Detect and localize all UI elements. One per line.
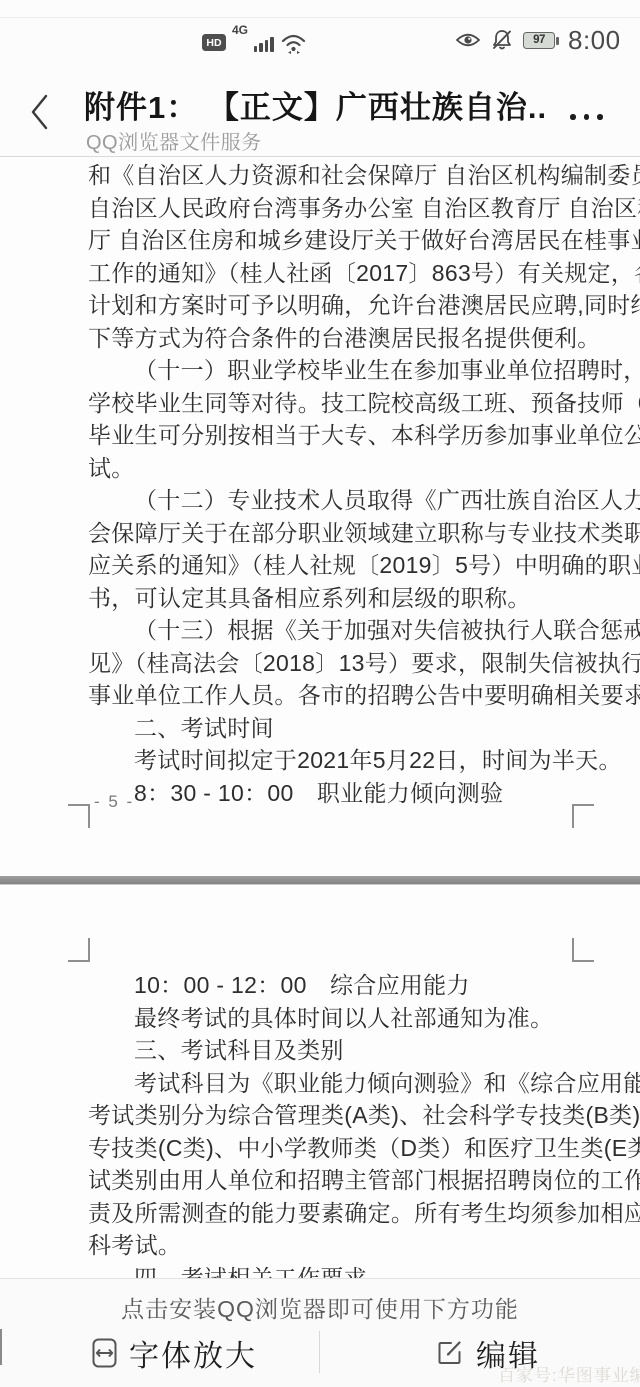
top-edge-line bbox=[0, 17, 640, 18]
edit-pencil-icon bbox=[436, 1339, 464, 1367]
document-line: 厅 自治区住房和城乡建设厅关于做好台湾居民在桂事业单位就业 bbox=[88, 227, 598, 253]
watermark-text: 百家号:华图事业编 bbox=[498, 1361, 640, 1386]
crop-mark bbox=[68, 960, 90, 962]
document-line: 自治区人民政府台湾事务办公室 自治区教育厅 自治区科学技术 bbox=[88, 195, 598, 221]
document-line: 和《自治区人力资源和社会保障厅 自治区机构编制委员会办公室 bbox=[88, 162, 598, 188]
eye-comfort-icon bbox=[455, 31, 481, 49]
network-type-label: 4G bbox=[232, 23, 248, 37]
crop-mark bbox=[68, 804, 90, 806]
document-line: 试。 bbox=[88, 455, 598, 481]
battery-icon: 97 bbox=[523, 32, 555, 49]
font-zoom-label: 字体放大 bbox=[129, 1331, 257, 1375]
document-line: 见》（桂高法会〔2018〕13号）要求，限制失信被执行人招聘为 bbox=[88, 650, 598, 676]
document-line: （十三）根据《关于加强对失信被执行人联合惩戒的实施意 bbox=[88, 617, 598, 643]
document-line: 工作的通知》（桂人社函〔2017〕863号）有关规定，各市制定 bbox=[88, 260, 598, 286]
more-dots-icon[interactable] bbox=[570, 114, 603, 120]
file-service-subtitle: QQ浏览器文件服务 bbox=[86, 126, 262, 155]
back-chevron-icon[interactable] bbox=[28, 92, 52, 132]
document-line: 学校毕业生同等对待。技工院校高级工班、预备技师（技师）班 bbox=[88, 390, 598, 416]
document-line: 二、考试时间 bbox=[88, 715, 598, 741]
status-right-cluster: 97 8:00 bbox=[455, 24, 621, 56]
wifi-icon bbox=[280, 32, 307, 54]
crop-mark bbox=[572, 938, 574, 962]
document-line: 考试时间拟定于2021年5月22日，时间为半天。 bbox=[88, 747, 598, 773]
file-title: 附件1： 【正文】广西壮族自治... bbox=[84, 82, 544, 127]
crop-mark bbox=[572, 804, 594, 806]
document-line: 10：00 - 12：00 综合应用能力 bbox=[88, 972, 598, 998]
battery-percent: 97 bbox=[533, 34, 545, 46]
document-line: 责及所需测查的能力要素确定。所有考生均须参加相应类别的两 bbox=[88, 1200, 598, 1226]
document-line: 毕业生可分别按相当于大专、本科学历参加事业单位公开招聘考 bbox=[88, 422, 598, 448]
document-line: 计划和方案时可予以明确，允许台港澳居民应聘,同时结合线上线 bbox=[88, 292, 598, 318]
document-line: 考试科目为《职业能力倾向测验》和《综合应用能力》两科, bbox=[88, 1070, 598, 1096]
document-line: 三、考试科目及类别 bbox=[88, 1037, 598, 1063]
font-size-icon bbox=[92, 1338, 117, 1368]
document-line: 科考试。 bbox=[88, 1232, 598, 1258]
crop-mark bbox=[572, 804, 574, 828]
install-browser-banner[interactable]: 点击安装QQ浏览器即可使用下方功能 bbox=[0, 1291, 640, 1324]
document-line: 书，可认定其具备相应系列和层级的职称。 bbox=[88, 585, 598, 611]
font-zoom-button[interactable]: 字体放大 bbox=[92, 1331, 257, 1375]
signal-bars-icon bbox=[254, 37, 274, 52]
crop-mark bbox=[88, 804, 90, 828]
document-line: 8：30 - 10：00 职业能力倾向测验 bbox=[88, 780, 598, 806]
document-line: 应关系的通知》（桂人社规〔2019〕5号）中明确的职业资格证 bbox=[88, 552, 598, 578]
bottom-action-panel: 点击安装QQ浏览器即可使用下方功能 字体放大 bbox=[0, 1278, 640, 1387]
document-line: 最终考试的具体时间以人社部通知为准。 bbox=[88, 1005, 598, 1031]
screen-edge-artifact bbox=[0, 1329, 2, 1365]
page-separator-bar bbox=[0, 876, 640, 885]
mute-bell-icon bbox=[490, 28, 514, 52]
document-line: 会保障厅关于在部分职业领域建立职称与专业技术类职业资格对 bbox=[88, 520, 598, 546]
document-line: （十一）职业学校毕业生在参加事业单位招聘时，要与普通 bbox=[88, 357, 598, 383]
button-divider bbox=[319, 1331, 320, 1373]
document-line: （十二）专业技术人员取得《广西壮族自治区人力资源和社 bbox=[88, 487, 598, 513]
document-line: 事业单位工作人员。各市的招聘公告中要明确相关要求。 bbox=[88, 682, 598, 708]
clock-time: 8:00 bbox=[568, 25, 621, 56]
crop-mark bbox=[572, 960, 594, 962]
status-bar: HD 4G bbox=[0, 24, 640, 60]
document-line: 考试类别分为综合管理类(A类)、社会科学专技类(B类)、自然科学 bbox=[88, 1102, 598, 1128]
status-left-cluster: HD 4G bbox=[202, 24, 307, 54]
document-line: 专技类(C类)、中小学教师类（D类）和医疗卫生类(E类)五类。考 bbox=[88, 1135, 598, 1161]
document-line: 下等方式为符合条件的台港澳居民报名提供便利。 bbox=[88, 325, 598, 351]
page-number: - 5 - bbox=[94, 792, 134, 812]
document-line: 试类别由用人单位和招聘主管部门根据招聘岗位的工作内容、职 bbox=[88, 1167, 598, 1193]
document-content[interactable]: 和《自治区人力资源和社会保障厅 自治区机构编制委员会办公室 自治区人民政府台湾事… bbox=[0, 157, 640, 1387]
crop-mark bbox=[88, 938, 90, 962]
hd-badge: HD bbox=[202, 34, 226, 51]
file-viewer-header: 附件1： 【正文】广西壮族自治... QQ浏览器文件服务 bbox=[0, 74, 640, 156]
phone-screen: HD 4G bbox=[0, 0, 640, 1387]
